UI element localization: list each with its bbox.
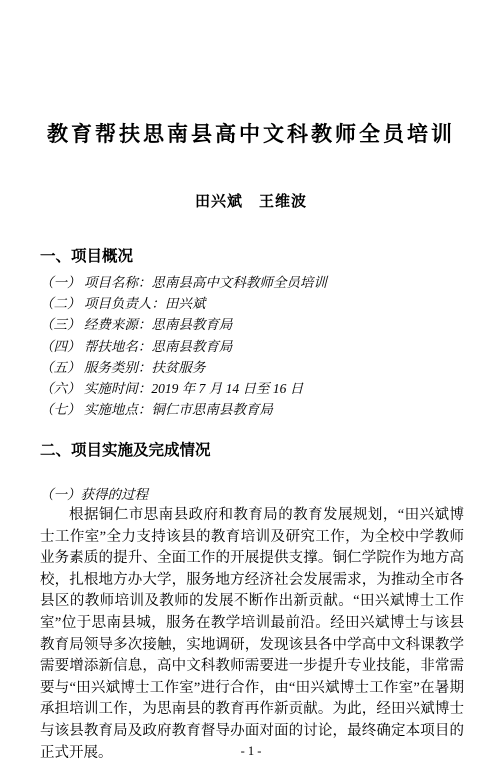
list-item: （二） 项目负责人：田兴斌 bbox=[40, 293, 470, 314]
document-title: 教育帮扶思南县高中文科教师全员培训 bbox=[40, 118, 462, 148]
list-item: （四） 帮扶地名：思南县教育局 bbox=[40, 336, 470, 357]
overview-list: （一） 项目名称：思南县高中文科教师全员培训 （二） 项目负责人：田兴斌 （三）… bbox=[40, 272, 470, 420]
list-item: （六） 实施时间：2019 年 7 月 14 日至 16 日 bbox=[40, 378, 470, 399]
section-heading-overview: 一、项目概况 bbox=[40, 244, 462, 266]
body-paragraph: 根据铜仁市思南县政府和教育局的教育发展规划，“田兴斌博士工作室”全力支持该县的教… bbox=[40, 505, 464, 764]
page-number: - 1 - bbox=[40, 744, 462, 759]
list-item: （七） 实施地点：铜仁市思南县教育局 bbox=[40, 399, 470, 420]
section-heading-implementation: 二、项目实施及完成情况 bbox=[40, 438, 462, 460]
document-page: 教育帮扶思南县高中文科教师全员培训 田兴斌 王维波 一、项目概况 （一） 项目名… bbox=[0, 0, 502, 779]
subsection-heading-process: （一）获得的过程 bbox=[40, 483, 462, 503]
list-item: （五） 服务类别：扶贫服务 bbox=[40, 357, 470, 378]
list-item: （三） 经费来源：思南县教育局 bbox=[40, 314, 470, 335]
document-authors: 田兴斌 王维波 bbox=[40, 190, 462, 211]
list-item: （一） 项目名称：思南县高中文科教师全员培训 bbox=[40, 272, 470, 293]
